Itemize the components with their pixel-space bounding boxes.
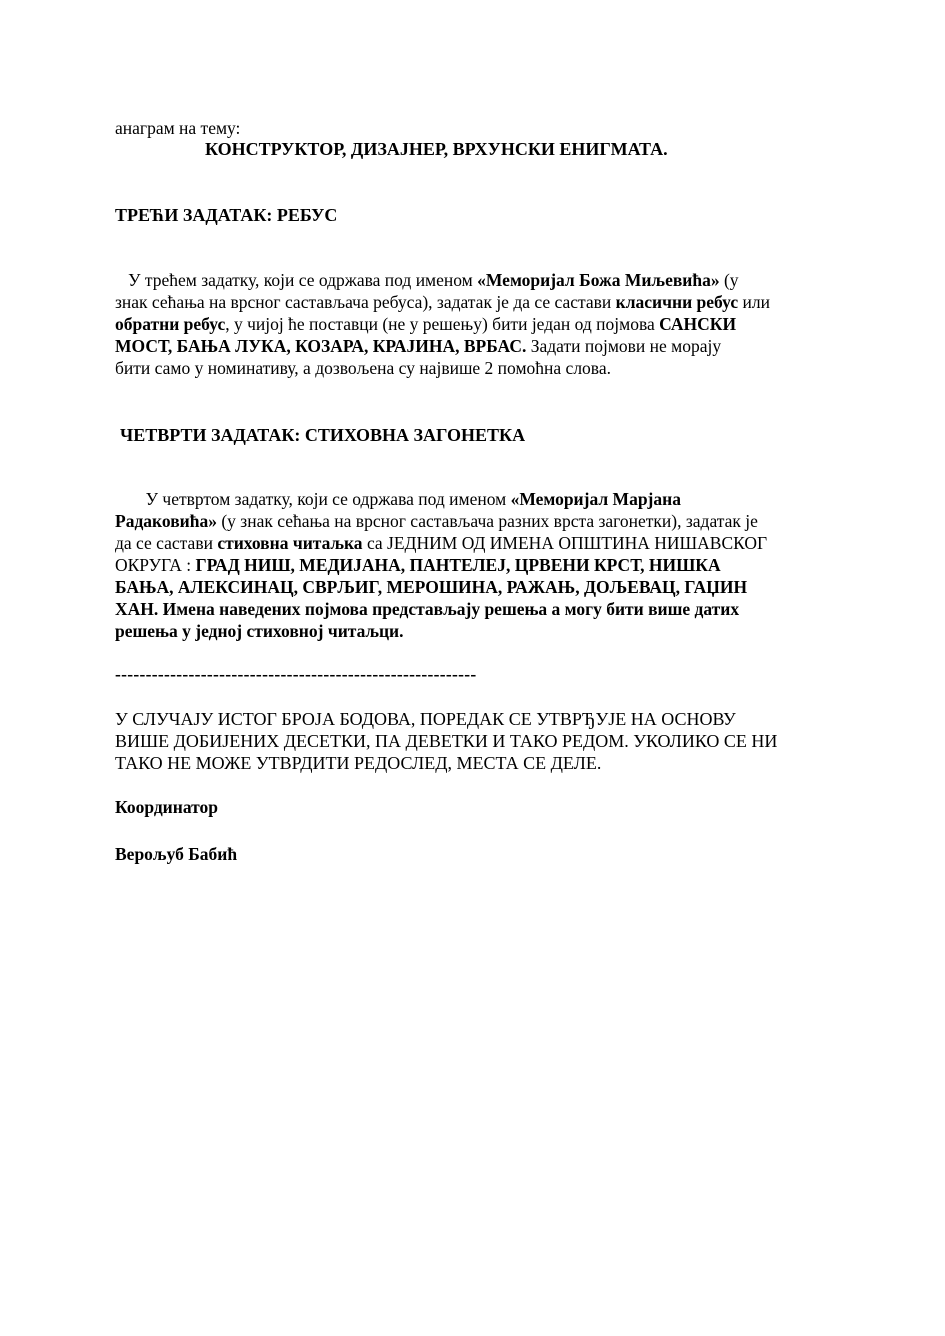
- paragraph-line: Радаковића» (у знак сећања на врсног сас…: [115, 510, 767, 532]
- paragraph-line: обратни ребус, у чијој ће поставци (не у…: [115, 313, 770, 335]
- coordinator-name: Верољуб Бабић: [115, 843, 237, 865]
- text-run: бити само у номинативу, а дозвољена су н…: [115, 358, 611, 378]
- bold-text-run: БАЊА, АЛЕКСИНАЦ, СВРЉИГ, МЕРОШИНА, РАЖАЊ…: [115, 577, 747, 597]
- anagram-intro-label: анаграм на тему:: [115, 117, 240, 139]
- bold-text-run: ГРАД НИШ, МЕДИЈАНА, ПАНТЕЛЕЈ, ЦРВЕНИ КРС…: [195, 555, 720, 575]
- bold-text-run: МОСТ, БАЊА ЛУКА, КОЗАРА, КРАЈИНА, ВРБАС.: [115, 336, 526, 356]
- tie-rule-line: У СЛУЧАЈУ ИСТОГ БРОЈА БОДОВА, ПОРЕДАК СЕ…: [115, 708, 777, 730]
- text-run: (у знак сећања на врсног састављача разн…: [217, 511, 758, 531]
- tie-rule-line: ВИШЕ ДОБИЈЕНИХ ДЕСЕТКИ, ПА ДЕВЕТКИ И ТАК…: [115, 730, 777, 752]
- bold-text-run: обратни ребус: [115, 314, 225, 334]
- bold-text-run: «Меморијал Марјана: [511, 489, 681, 509]
- paragraph-line: У трећем задатку, који се одржава под им…: [115, 269, 770, 291]
- text-run: (у: [720, 270, 739, 290]
- coordinator-label: Координатор: [115, 796, 218, 818]
- text-run: да се састави: [115, 533, 217, 553]
- paragraph-line: да се састави стиховна читаљка са ЈЕДНИМ…: [115, 532, 767, 554]
- bold-text-run: стиховна читаљка: [217, 533, 362, 553]
- task4-heading: ЧЕТВРТИ ЗАДАТАК: СТИХОВНА ЗАГОНЕТКА: [120, 424, 525, 446]
- paragraph-line: У четвртом задатку, који се одржава под …: [115, 488, 767, 510]
- text-run: , у чијој ће поставци (не у решењу) бити…: [225, 314, 659, 334]
- dashed-divider: ----------------------------------------…: [115, 663, 477, 685]
- bold-text-run: класични ребус: [616, 292, 738, 312]
- text-run: У трећем задатку, који се одржава под им…: [115, 270, 477, 290]
- bold-text-run: САНСКИ: [659, 314, 736, 334]
- tie-break-rule: У СЛУЧАЈУ ИСТОГ БРОЈА БОДОВА, ПОРЕДАК СЕ…: [115, 708, 777, 774]
- bold-text-run: Радаковића»: [115, 511, 217, 531]
- paragraph-line: БАЊА, АЛЕКСИНАЦ, СВРЉИГ, МЕРОШИНА, РАЖАЊ…: [115, 576, 767, 598]
- paragraph-line: решења у једној стиховној читаљци.: [115, 620, 767, 642]
- task3-paragraph: У трећем задатку, који се одржава под им…: [115, 269, 770, 379]
- task3-heading: ТРЕЋИ ЗАДАТАК: РЕБУС: [115, 204, 337, 226]
- text-run: ОКРУГА :: [115, 555, 195, 575]
- text-run: Задати појмови не морају: [526, 336, 721, 356]
- paragraph-line: ОКРУГА : ГРАД НИШ, МЕДИЈАНА, ПАНТЕЛЕЈ, Ц…: [115, 554, 767, 576]
- text-run: знак сећања на врсног састављача ребуса)…: [115, 292, 616, 312]
- anagram-theme: КОНСТРУКТОР, ДИЗАЈНЕР, ВРХУНСКИ ЕНИГМАТА…: [205, 138, 668, 160]
- paragraph-line: бити само у номинативу, а дозвољена су н…: [115, 357, 770, 379]
- paragraph-line: МОСТ, БАЊА ЛУКА, КОЗАРА, КРАЈИНА, ВРБАС.…: [115, 335, 770, 357]
- task4-paragraph: У четвртом задатку, који се одржава под …: [115, 488, 767, 642]
- text-run: У четвртом задатку, који се одржава под …: [115, 489, 511, 509]
- bold-text-run: ХАН. Имена наведених појмова представљај…: [115, 599, 739, 619]
- text-run: или: [738, 292, 770, 312]
- bold-text-run: «Меморијал Божа Миљевића»: [477, 270, 719, 290]
- document-page: анаграм на тему: КОНСТРУКТОР, ДИЗАЈНЕР, …: [0, 0, 945, 1336]
- paragraph-line: знак сећања на врсног састављача ребуса)…: [115, 291, 770, 313]
- bold-text-run: решења у једној стиховној читаљци.: [115, 621, 404, 641]
- text-run: са ЈЕДНИМ ОД ИМЕНА ОПШТИНА НИШАВСКОГ: [363, 533, 768, 553]
- tie-rule-line: ТАКО НЕ МОЖЕ УТВРДИТИ РЕДОСЛЕД, МЕСТА СЕ…: [115, 752, 777, 774]
- paragraph-line: ХАН. Имена наведених појмова представљај…: [115, 598, 767, 620]
